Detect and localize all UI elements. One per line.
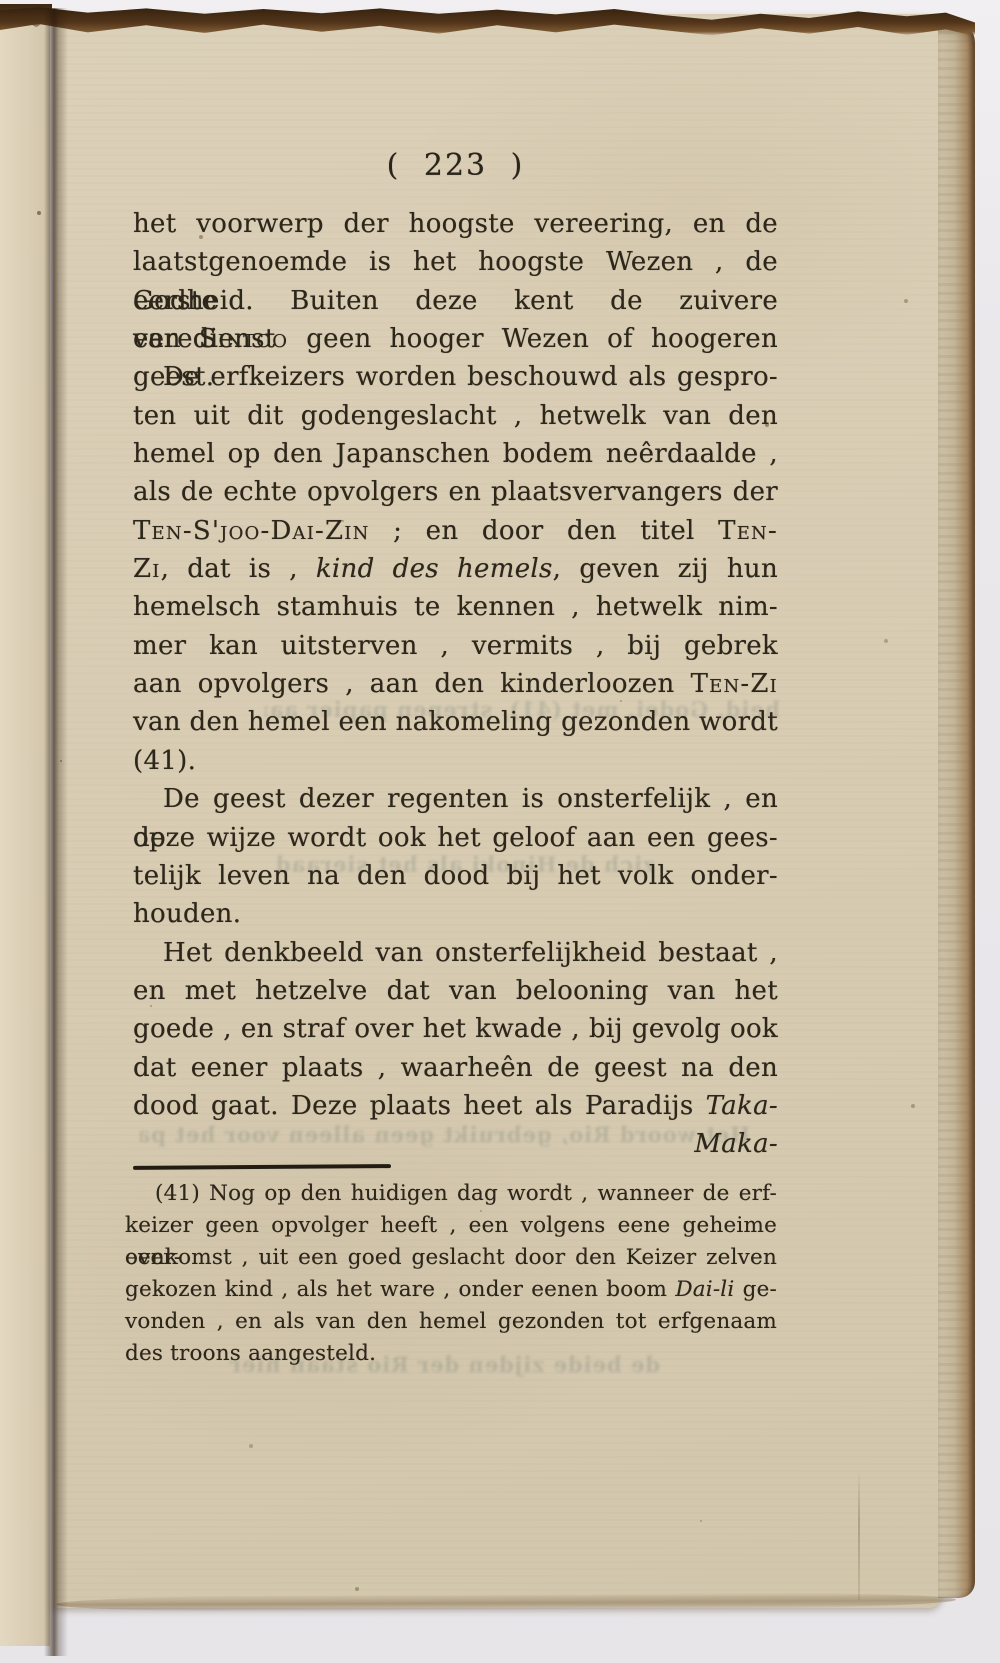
text-segment: Dai-li [675,1277,734,1302]
main-text-line: telijk leven na den dood bij het volk on… [133,857,778,895]
footnote-line: keizer geen opvolger heeft , een volgens… [125,1210,777,1242]
main-text-line: Maka- [133,1125,778,1163]
main-text-line: laatstgenoemde is het hoogste Wezen , de… [133,243,778,281]
text-segment: vonden , en als van den hemel gezonden t… [125,1309,777,1334]
footnote-line: (41) Nog op den huidigen dag wordt , wan… [125,1178,777,1210]
footnote-line: vonden , en als van den hemel gezonden t… [125,1306,777,1338]
text-segment: des troons aangesteld. [125,1341,376,1366]
main-text-line: mer kan uitsterven , vermits , bij gebre… [133,627,778,665]
main-text-line: van den hemel een nakomeling gezonden wo… [133,703,778,741]
text-segment: , geven zij hun [553,554,778,584]
main-text-line: houden. [133,895,778,933]
text-segment: , dat is , [161,554,316,584]
text-segment: deze wijze wordt ook het geloof aan een … [133,823,778,853]
main-text-line: en met hetzelve dat van belooning van he… [133,972,778,1010]
text-segment: Ten-Zi [691,669,778,699]
main-text-line: hemel op den Japanschen bodem neêrdaalde… [133,435,778,473]
main-text-line: dood gaat. Deze plaats heet als Paradijs… [133,1087,778,1125]
text-segment: Zi [133,554,161,584]
text-segment: van den hemel een nakomeling gezonden wo… [133,707,778,737]
text-segment: (41) Nog op den huidigen dag wordt , wan… [155,1181,777,1206]
text-segment: als de echte opvolgers en plaatsvervange… [133,477,778,507]
main-text-line: Zi, dat is , kind des hemels, geven zij … [133,550,778,588]
text-segment: Het denkbeeld van onsterfelijkheid besta… [163,938,778,968]
text-segment: mer kan uitsterven , vermits , bij gebre… [133,631,778,661]
text-segment: Taka- [706,1091,778,1121]
text-segment: hemel op den Japanschen bodem neêrdaalde… [133,439,778,469]
footnote-block: (41) Nog op den huidigen dag wordt , wan… [125,1178,777,1371]
text-segment: ge- [734,1277,777,1302]
text-segment: aan opvolgers , aan den kinderloozen [133,669,691,699]
text-segment: De erfkeizers worden beschouwd als gespr… [163,362,778,392]
page-crease [858,1470,860,1600]
text-segment: telijk leven na den dood bij het volk on… [133,861,778,891]
main-text-line: ten uit dit godengeslacht , hetwelk van … [133,397,778,435]
main-text-line: De geest dezer regenten is onsterfelijk … [133,780,778,818]
adjacent-page-edge [0,16,50,1646]
text-segment: ; en door den titel [370,516,719,546]
text-segment: houden. [133,899,241,929]
main-text-line: Godheid. Buiten deze kent de zuivere eer… [133,282,778,320]
main-text-line: aan opvolgers , aan den kinderloozen Ten… [133,665,778,703]
book-scan-photo: ( 223 ) het voorwerp der hoogste vereeri… [0,0,1000,1663]
text-segment: Ten- [718,516,778,546]
text-segment: Sintoo [199,324,288,354]
text-segment: en met hetzelve dat van belooning van he… [133,976,778,1006]
text-segment: ten uit dit godengeslacht , hetwelk van … [133,401,778,431]
main-text-line: het voorwerp der hoogste vereering, en d… [133,205,778,243]
book-gutter-shadow [44,8,68,1656]
foxing-specks [0,0,2,2]
text-segment: gekozen kind , als het ware , onder eene… [125,1277,675,1302]
text-segment: eenkomst , uit een goed geslacht door de… [125,1245,777,1270]
text-segment: hemelsch stamhuis te kennen , hetwelk ni… [133,592,778,622]
main-text-line: hemelsch stamhuis te kennen , hetwelk ni… [133,588,778,626]
page-number-header: ( 223 ) [133,148,778,183]
main-text-line: als de echte opvolgers en plaatsvervange… [133,473,778,511]
main-text-line: Ten-S'joo-Dai-Zin ; en door den titel Te… [133,512,778,550]
text-segment: het voorwerp der hoogste vereering, en d… [133,209,778,239]
main-text-line: Het denkbeeld van onsterfelijkheid besta… [133,934,778,972]
main-text-block: het voorwerp der hoogste vereering, en d… [133,205,778,1164]
text-segment: Ten-S'joo-Dai-Zin [133,516,370,546]
text-segment: dat eener plaats , waarheên de geest na … [133,1053,778,1083]
main-text-line: goede , en straf over het kwade , bij ge… [133,1010,778,1048]
text-segment: Maka- [694,1129,778,1159]
book-fore-edge [938,22,975,1598]
text-segment: dood gaat. Deze plaats heet als Paradijs [133,1091,706,1121]
main-text-line: van Sintoo geen hooger Wezen of hoogeren… [133,320,778,358]
text-segment: van [133,324,199,354]
footnote-line: des troons aangesteld. [125,1338,777,1370]
main-text-line: De erfkeizers worden beschouwd als gespr… [133,358,778,396]
text-segment: kind des hemels [316,554,553,584]
footnote-line: eenkomst , uit een goed geslacht door de… [125,1242,777,1274]
main-text-line: dat eener plaats , waarheên de geest na … [133,1049,778,1087]
footnote-line: gekozen kind , als het ware , onder eene… [125,1274,777,1306]
text-segment: goede , en straf over het kwade , bij ge… [133,1014,778,1044]
text-segment: (41). [133,746,196,776]
main-text-line: deze wijze wordt ook het geloof aan een … [133,819,778,857]
main-text-line: (41). [133,742,778,780]
